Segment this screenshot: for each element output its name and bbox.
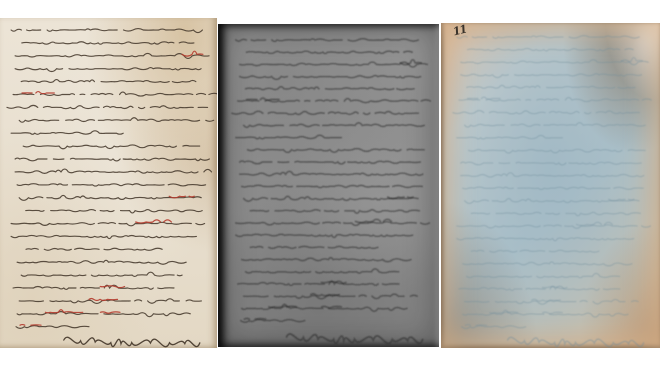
handwriting-dark-copy — [220, 24, 439, 347]
manuscript-page-original — [0, 18, 217, 348]
manuscript-page-dark-copy — [218, 24, 439, 347]
manuscript-triptych: 11 — [0, 0, 660, 371]
handwriting-faded-blue — [441, 23, 660, 348]
manuscript-page-faded-blue: 11 — [441, 23, 660, 348]
handwriting-original — [0, 18, 217, 348]
